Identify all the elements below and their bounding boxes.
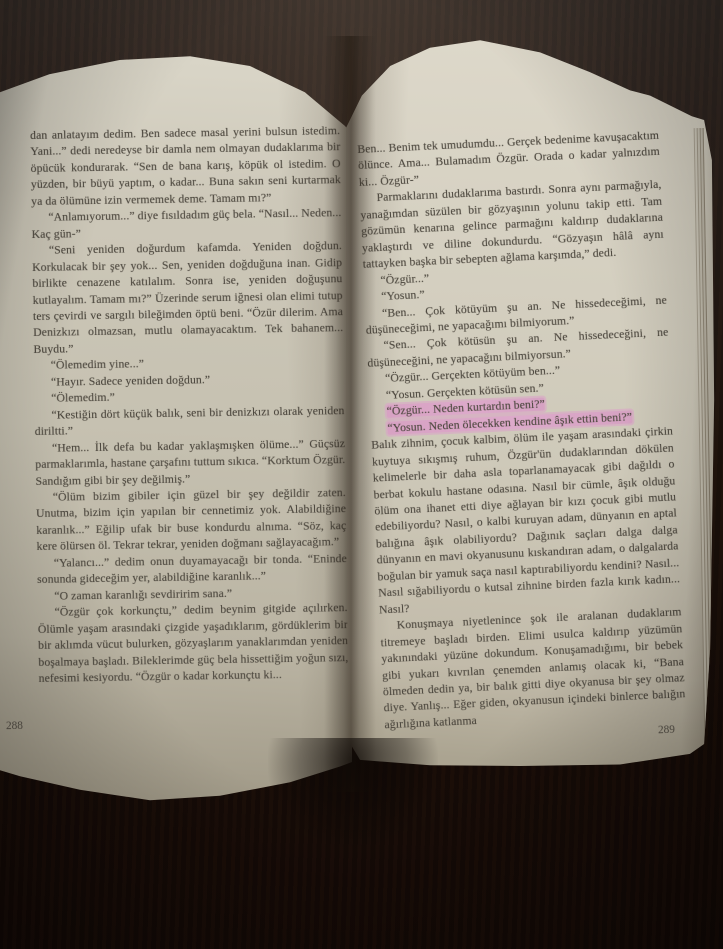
- paragraph: “Yalancı...” dedim onun duyamayacağı bir…: [37, 551, 347, 589]
- paragraph: “Hem... İlk defa bu kadar yaklaşmışken ö…: [35, 436, 346, 490]
- paragraph: “Özgür çok korkunçtu,” dedim beynim gitg…: [37, 600, 348, 687]
- right-page-text: Ben... Benim tek umudumdu... Gerçek bede…: [357, 128, 687, 734]
- right-page: Ben... Benim tek umudumdu... Gerçek bede…: [344, 6, 716, 766]
- page-number-left: 288: [6, 720, 23, 732]
- page-number-right: 289: [658, 724, 675, 737]
- paragraph: Parmaklarını dudaklarıma bastırdı. Sonra…: [359, 177, 665, 273]
- paragraph: dan anlatayım dedim. Ben sadece masal ye…: [30, 123, 341, 210]
- left-page-text: dan anlatayım dedim. Ben sadece masal ye…: [30, 123, 349, 687]
- paragraph: Balık zihnim, çocuk kalbim, ölüm ile yaş…: [371, 424, 681, 619]
- paragraph: “Ölüm bizim gibiler için güzel bir şey d…: [36, 485, 347, 556]
- open-book: dan anlatayım dedim. Ben sadece masal ye…: [0, 0, 723, 949]
- page-edge-stack: [694, 128, 715, 742]
- left-page: dan anlatayım dedim. Ben sadece masal ye…: [0, 54, 352, 804]
- paragraph: “Seni yeniden doğurdum kafamda. Yeniden …: [32, 238, 344, 358]
- paragraph: Konuşmaya niyetlenince şok ile aralanan …: [379, 604, 686, 733]
- paragraph: “Kestiğin dört küçük balık, seni bir den…: [34, 403, 344, 441]
- paragraph: “Anlamıyorum...” diye fısıldadım güç bel…: [31, 205, 341, 243]
